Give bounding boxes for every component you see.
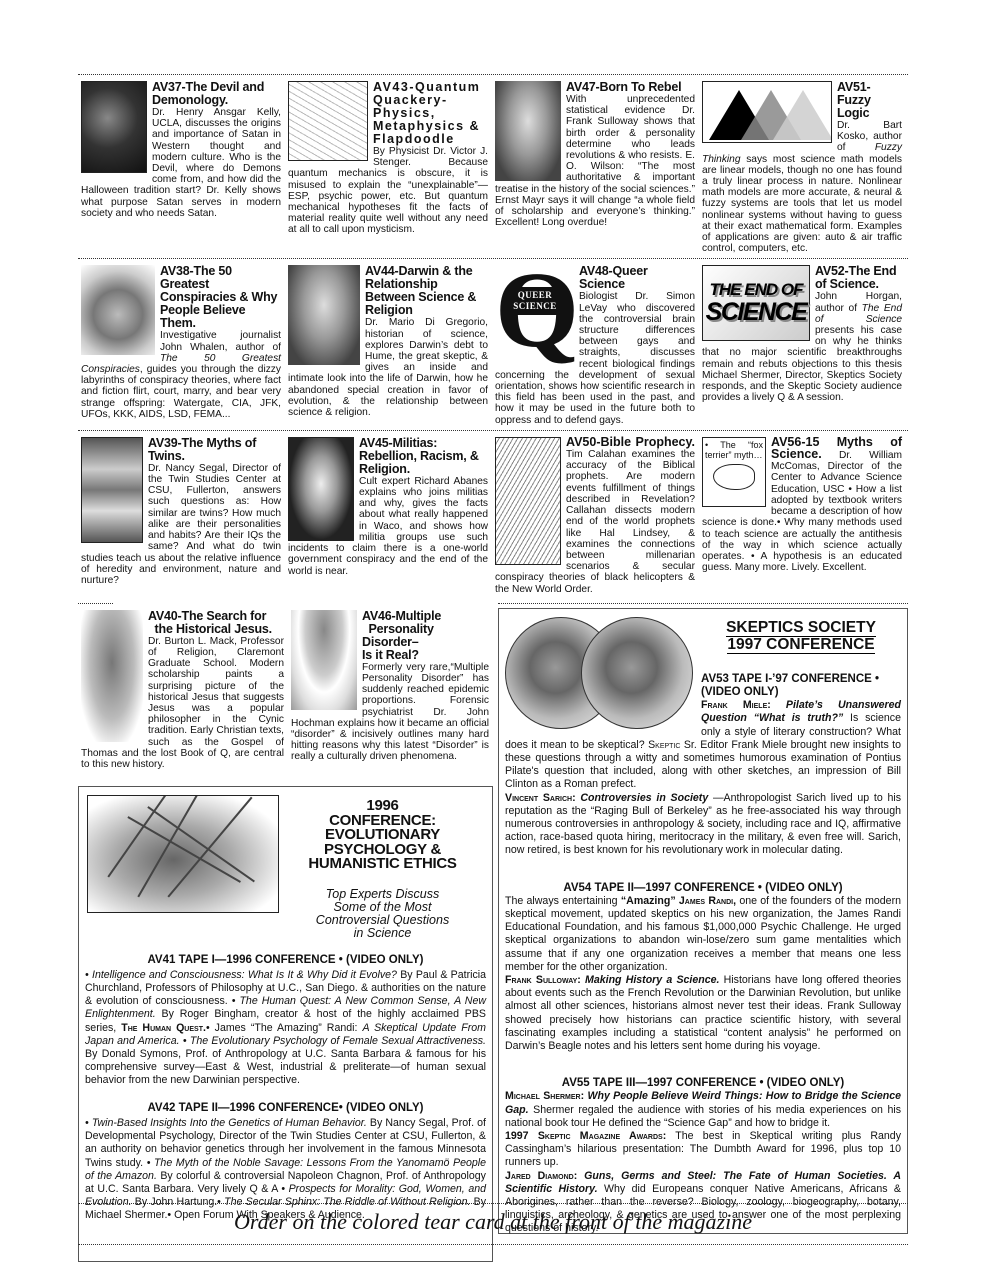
catalog-item-av37: AV37-The Devil and Demonology. Dr. Henry… [78, 75, 285, 258]
tape-description: • Intelligence and Consciousness: What I… [85, 969, 486, 1088]
queer-science-logo: Q QUEERSCIENCE [495, 265, 573, 357]
victorian-hat-woman-image [291, 610, 357, 710]
dog-sketch-icon [713, 464, 755, 490]
catalog-item-av51: AV51-Fuzzy Logic Dr. Bart Kosko, author … [699, 75, 906, 258]
catalog-item-av56: • The “fox terrier” myth… AV56-15 Myths … [699, 431, 906, 599]
left-column: AV40-The Search for the Historical Jesus… [78, 603, 493, 1262]
right-column: SKEPTICS SOCIETY1997 CONFERENCE AV53 TAP… [498, 603, 908, 1262]
twins-faces-image [81, 437, 143, 543]
catalog-item-av38: AV38-The 50 Greatest Conspiracies & Why … [78, 259, 285, 429]
globe-icon [581, 617, 693, 729]
catalog-item-av50: AV50-Bible Prophecy. Tim Calahan examine… [492, 431, 699, 599]
conference-1996-subtitle: Top Experts Discuss Some of the Most Con… [279, 888, 486, 940]
conference-1996-title: 1996 CONFERENCE: EVOLUTIONARY PSYCHOLOGY… [279, 799, 486, 872]
catalog-item-av48: Q QUEERSCIENCE AV48-Queer Science Biolog… [492, 259, 699, 429]
angel-trumpet-image [495, 437, 561, 565]
fuzzy-triangles-image [702, 81, 832, 143]
tape-heading: AV55 TAPE III—1997 CONFERENCE • (VIDEO O… [505, 1077, 901, 1090]
catalog-item-av39: AV39-The Myths of Twins. Dr. Nancy Segal… [78, 431, 285, 599]
tape-av54: AV54 TAPE II—1997 CONFERENCE • (VIDEO ON… [505, 882, 901, 1054]
catalog-item-av52: THE END OF SCIENCE AV52-The End of Scien… [699, 259, 906, 429]
conference-1996-box: 1996 CONFERENCE: EVOLUTIONARY PSYCHOLOGY… [78, 786, 493, 1262]
catalog-row-2: AV38-The 50 Greatest Conspiracies & Why … [78, 259, 908, 429]
divider [78, 1203, 908, 1204]
divider [78, 1244, 908, 1245]
catalog-page: AV37-The Devil and Demonology. Dr. Henry… [78, 74, 908, 1262]
tape-heading: AV41 TAPE I—1996 CONFERENCE • (VIDEO ONL… [85, 954, 486, 967]
catalog-row-1: AV37-The Devil and Demonology. Dr. Henry… [78, 75, 908, 258]
yanomamo-warriors-image [87, 795, 279, 913]
constellation-sketch-image [288, 81, 368, 161]
militia-skull-image [288, 437, 354, 541]
catalog-item-av45: AV45-Militias: Rebellion, Racism, & Reli… [285, 431, 492, 599]
tape-av42: AV42 TAPE II—1996 CONFERENCE• (VIDEO ONL… [85, 1102, 486, 1223]
darwin-young-portrait-image [288, 265, 360, 365]
lower-section: AV40-The Search for the Historical Jesus… [78, 603, 908, 1262]
catalog-item-av44: AV44-Darwin & the Relationship Between S… [285, 259, 492, 429]
catalog-item-av43: AV43-Quantum Quackery-Physics, Metaphysi… [285, 75, 492, 258]
tape-heading: AV42 TAPE II—1996 CONFERENCE• (VIDEO ONL… [85, 1102, 486, 1115]
devil-woodcut-image [81, 81, 147, 173]
divider [498, 603, 908, 604]
fox-terrier-sketch: • The “fox terrier” myth… [702, 437, 766, 507]
catalog-row-3: AV39-The Myths of Twins. Dr. Nancy Segal… [78, 431, 908, 599]
catalog-row-4: AV40-The Search for the Historical Jesus… [78, 604, 493, 774]
darwin-old-portrait-image [495, 81, 561, 181]
police-badge-image [81, 265, 155, 355]
catalog-item-av40: AV40-The Search for the Historical Jesus… [78, 604, 288, 774]
end-of-science-logo: THE END OF SCIENCE [702, 265, 810, 341]
tape-description: The always entertaining “Amazing” James … [505, 895, 901, 1053]
catalog-item-av46: AV46-Multiple Personality Disorder–Is it… [288, 604, 493, 774]
jesus-statue-image [81, 610, 143, 742]
triangle-icon [773, 90, 832, 140]
tape-heading: AV54 TAPE II—1997 CONFERENCE • (VIDEO ON… [505, 882, 901, 895]
order-instructions: Order on the colored tear card at the fr… [78, 1207, 908, 1237]
catalog-item-av47: AV47-Born To Rebel With unprecedented st… [492, 75, 699, 258]
world-hemispheres-map-image [505, 617, 695, 729]
tape-av41: AV41 TAPE I—1996 CONFERENCE • (VIDEO ONL… [85, 954, 486, 1088]
conference-1997-box: SKEPTICS SOCIETY1997 CONFERENCE AV53 TAP… [498, 608, 908, 1234]
